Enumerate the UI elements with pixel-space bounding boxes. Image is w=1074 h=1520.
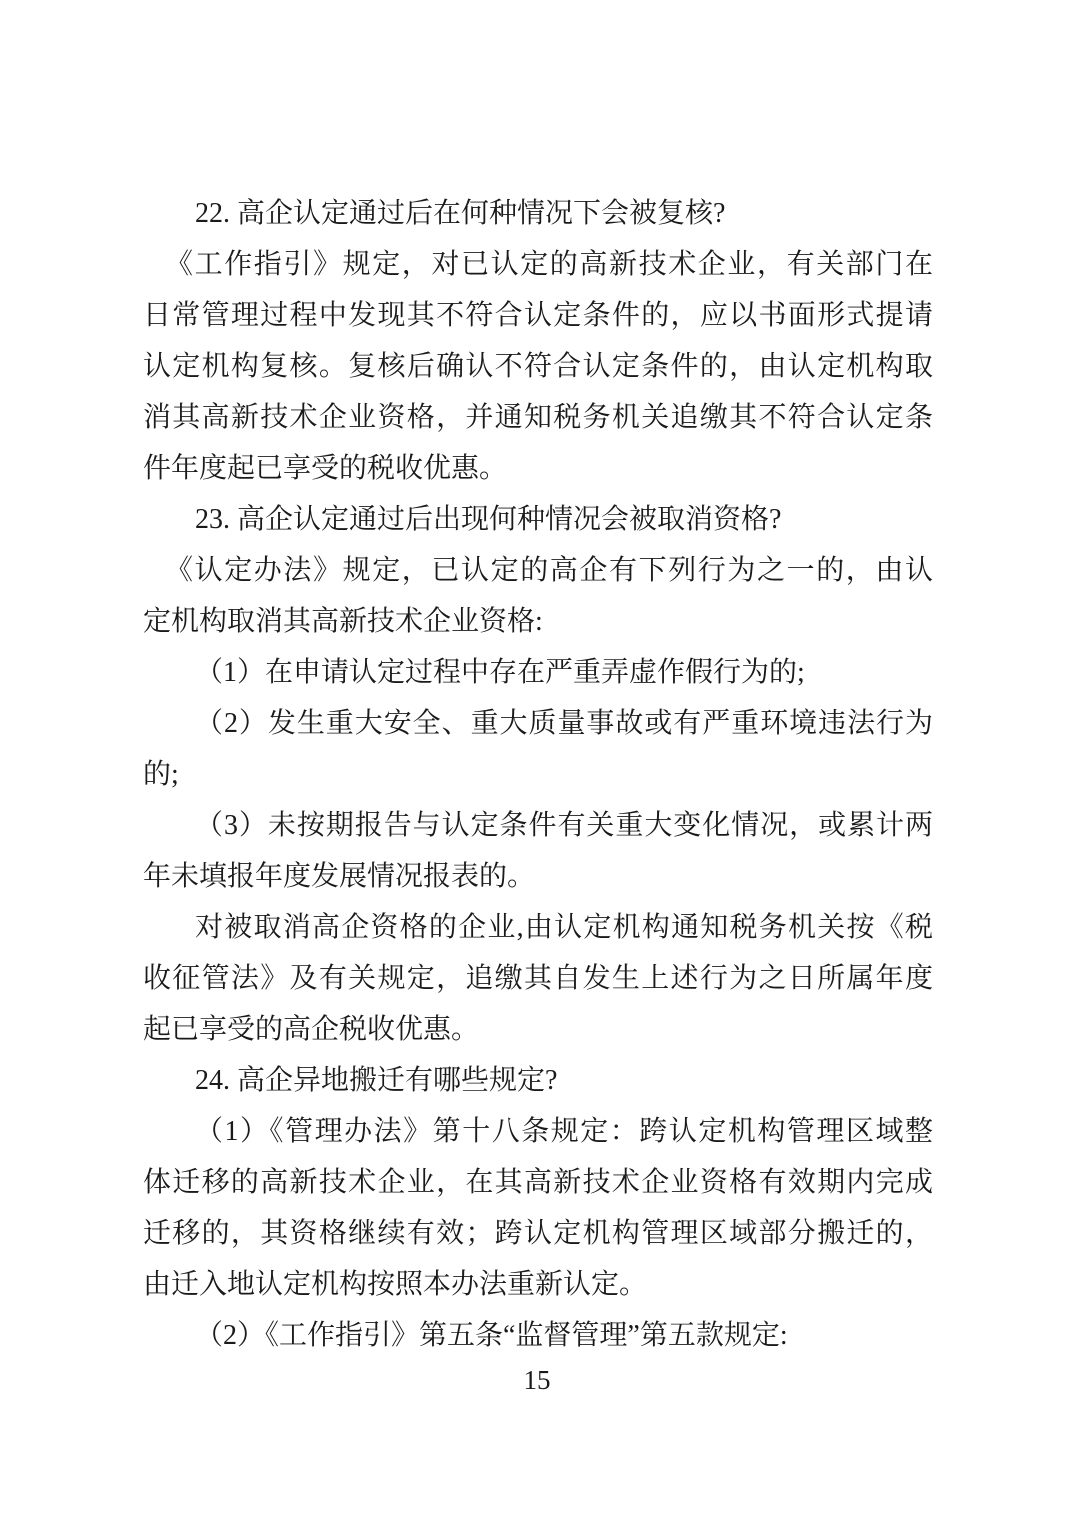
list-item-2: （2）《工作指引》第五条“监督管理”第五款规定:: [143, 1310, 933, 1361]
text-line: 对被取消高企资格的企业,由认定机构通知税务机关按《税: [143, 902, 933, 953]
question-heading-23: 23. 高企认定通过后出现何种情况会被取消资格?: [143, 494, 933, 545]
text-line: 收征管法》及有关规定，追缴其自发生上述行为之日所属年度: [143, 953, 933, 1004]
question-heading-22: 22. 高企认定通过后在何种情况下会被复核?: [143, 188, 933, 239]
page-number: 15: [0, 1360, 1074, 1400]
text-line: 由迁入地认定机构按照本办法重新认定。: [143, 1259, 933, 1310]
text-line: 起已享受的高企税收优惠。: [143, 1004, 933, 1055]
text-line: 迁移的，其资格继续有效；跨认定机构管理区域部分搬迁的，: [143, 1208, 933, 1259]
text-line: 件年度起已享受的税收优惠。: [143, 443, 933, 494]
text-line: 日常管理过程中发现其不符合认定条件的，应以书面形式提请: [143, 290, 933, 341]
list-item-2: （2）发生重大安全、重大质量事故或有严重环境违法行为: [143, 698, 933, 749]
text-line: 的;: [143, 749, 933, 800]
text-line: 定机构取消其高新技术企业资格:: [143, 596, 933, 647]
text-line: 认定机构复核。复核后确认不符合认定条件的，由认定机构取: [143, 341, 933, 392]
list-item-1: （1）在申请认定过程中存在严重弄虚作假行为的;: [143, 647, 933, 698]
question-heading-24: 24. 高企异地搬迁有哪些规定?: [143, 1055, 933, 1106]
text-line: 体迁移的高新技术企业，在其高新技术企业资格有效期内完成: [143, 1157, 933, 1208]
text-line: 《认定办法》规定，已认定的高企有下列行为之一的，由认: [143, 545, 933, 596]
list-item-3: （3）未按期报告与认定条件有关重大变化情况，或累计两: [143, 800, 933, 851]
document-body: 22. 高企认定通过后在何种情况下会被复核? 《工作指引》规定，对已认定的高新技…: [143, 188, 933, 1361]
text-line: 《工作指引》规定，对已认定的高新技术企业，有关部门在: [143, 239, 933, 290]
text-line: 消其高新技术企业资格，并通知税务机关追缴其不符合认定条: [143, 392, 933, 443]
document-page: 22. 高企认定通过后在何种情况下会被复核? 《工作指引》规定，对已认定的高新技…: [0, 0, 1074, 1520]
list-item-1: （1）《管理办法》第十八条规定：跨认定机构管理区域整: [143, 1106, 933, 1157]
text-line: 年未填报年度发展情况报表的。: [143, 851, 933, 902]
